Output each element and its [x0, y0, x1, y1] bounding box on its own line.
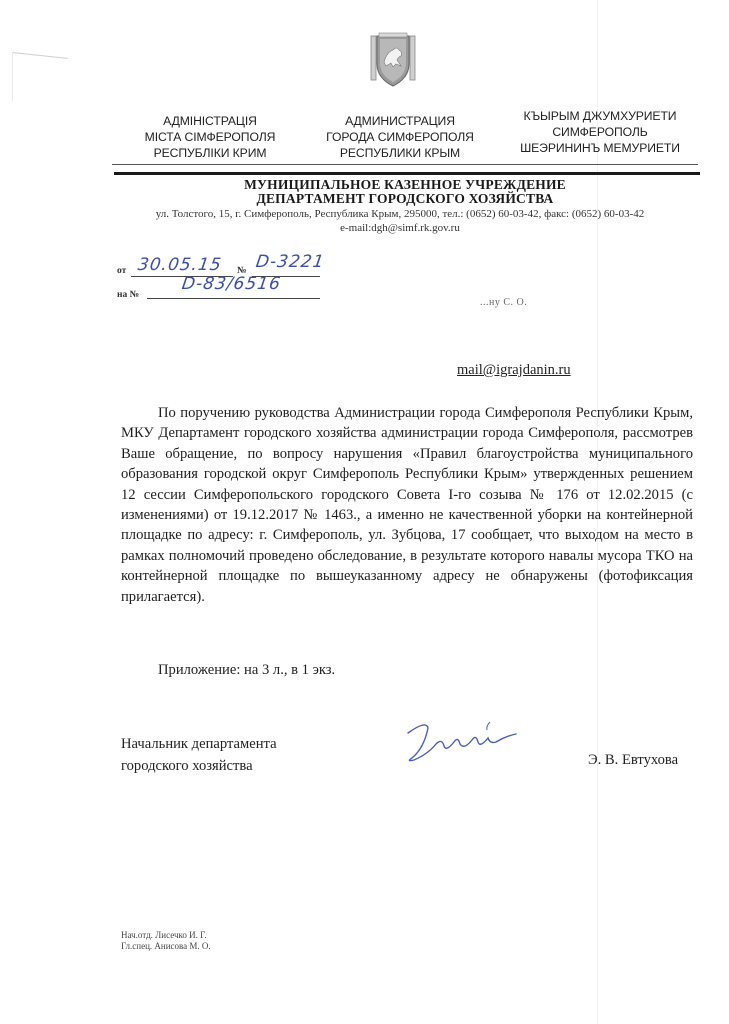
signatory-title-line2: городского хозяйства	[121, 755, 277, 777]
header-line: ШЕЭРИНИНЪ МЕМУРИЕТИ	[500, 140, 700, 156]
header-ukrainian: АДМІНІСТРАЦІЯ МІСТА СІМФЕРОПОЛЯ РЕСПУБЛІ…	[130, 113, 290, 161]
ref-underline	[147, 298, 320, 299]
attachment-note: Приложение: на 3 л., в 1 экз.	[158, 662, 335, 679]
ref-number: D-83/6516	[181, 274, 283, 294]
header-crimean-tatar: КЪЫРЫМ ДЖУМХУРИЕТИ СИМФЕРОПОЛЬ ШЕЭРИНИНЪ…	[500, 108, 700, 156]
recipient-name-faint: ...ну С. О.	[480, 297, 527, 308]
signatory-name: Э. В. Евтухова	[588, 752, 678, 769]
header-line: СИМФЕРОПОЛЬ	[500, 124, 700, 140]
header-line: ГОРОДА СИМФЕРОПОЛЯ	[320, 129, 480, 145]
body-paragraph: По поручению руководства Администрации г…	[121, 403, 693, 607]
org-name-line2: ДЕПАРТАМЕНТ ГОРОДСКОГО ХОЗЯЙСТВА	[110, 191, 700, 206]
org-email: e-mail:dgh@simf.rk.gov.ru	[100, 221, 700, 235]
header-divider-thin	[112, 164, 698, 165]
header-divider-thick	[114, 172, 700, 175]
header-line: АДМИНИСТРАЦИЯ	[320, 113, 480, 129]
ref-label: на №	[117, 290, 139, 300]
letter-body: По поручению руководства Администрации г…	[121, 403, 693, 607]
scan-artifact-line	[12, 52, 13, 102]
header-line: МІСТА СІМФЕРОПОЛЯ	[130, 129, 290, 145]
header-line: РЕСПУБЛІКИ КРИМ	[130, 145, 290, 161]
org-address: ул. Толстого, 15, г. Симферополь, Респуб…	[100, 207, 700, 221]
org-contacts: ул. Толстого, 15, г. Симферополь, Респуб…	[100, 207, 700, 235]
from-label: от	[117, 266, 126, 276]
signatory-title-line1: Начальник департамента	[121, 733, 277, 755]
header-line: КЪЫРЫМ ДЖУМХУРИЕТИ	[500, 108, 700, 124]
signatory-title: Начальник департамента городского хозяйс…	[121, 733, 277, 777]
header-line: РЕСПУБЛИКИ КРЫМ	[320, 145, 480, 161]
crimea-coat-of-arms-icon	[369, 30, 417, 88]
recipient-email: mail@igrajdanin.ru	[457, 362, 571, 379]
org-name-line1: МУНИЦИПАЛЬНОЕ КАЗЕННОЕ УЧРЕЖДЕНИЕ	[110, 177, 700, 192]
reg-date: 30.05.15	[137, 255, 224, 275]
executor-line1: Нач.отд. Лисечко И. Г.	[121, 930, 211, 941]
scan-artifact-mark	[11, 52, 68, 69]
header-line: АДМІНІСТРАЦІЯ	[130, 113, 290, 129]
handwritten-signature-icon	[398, 708, 528, 768]
header-russian: АДМИНИСТРАЦИЯ ГОРОДА СИМФЕРОПОЛЯ РЕСПУБЛ…	[320, 113, 480, 161]
executors-note: Нач.отд. Лисечко И. Г. Гл.спец. Анисова …	[121, 930, 211, 952]
executor-line2: Гл.спец. Анисова М. О.	[121, 941, 211, 952]
reg-number: D-3221	[255, 252, 326, 272]
